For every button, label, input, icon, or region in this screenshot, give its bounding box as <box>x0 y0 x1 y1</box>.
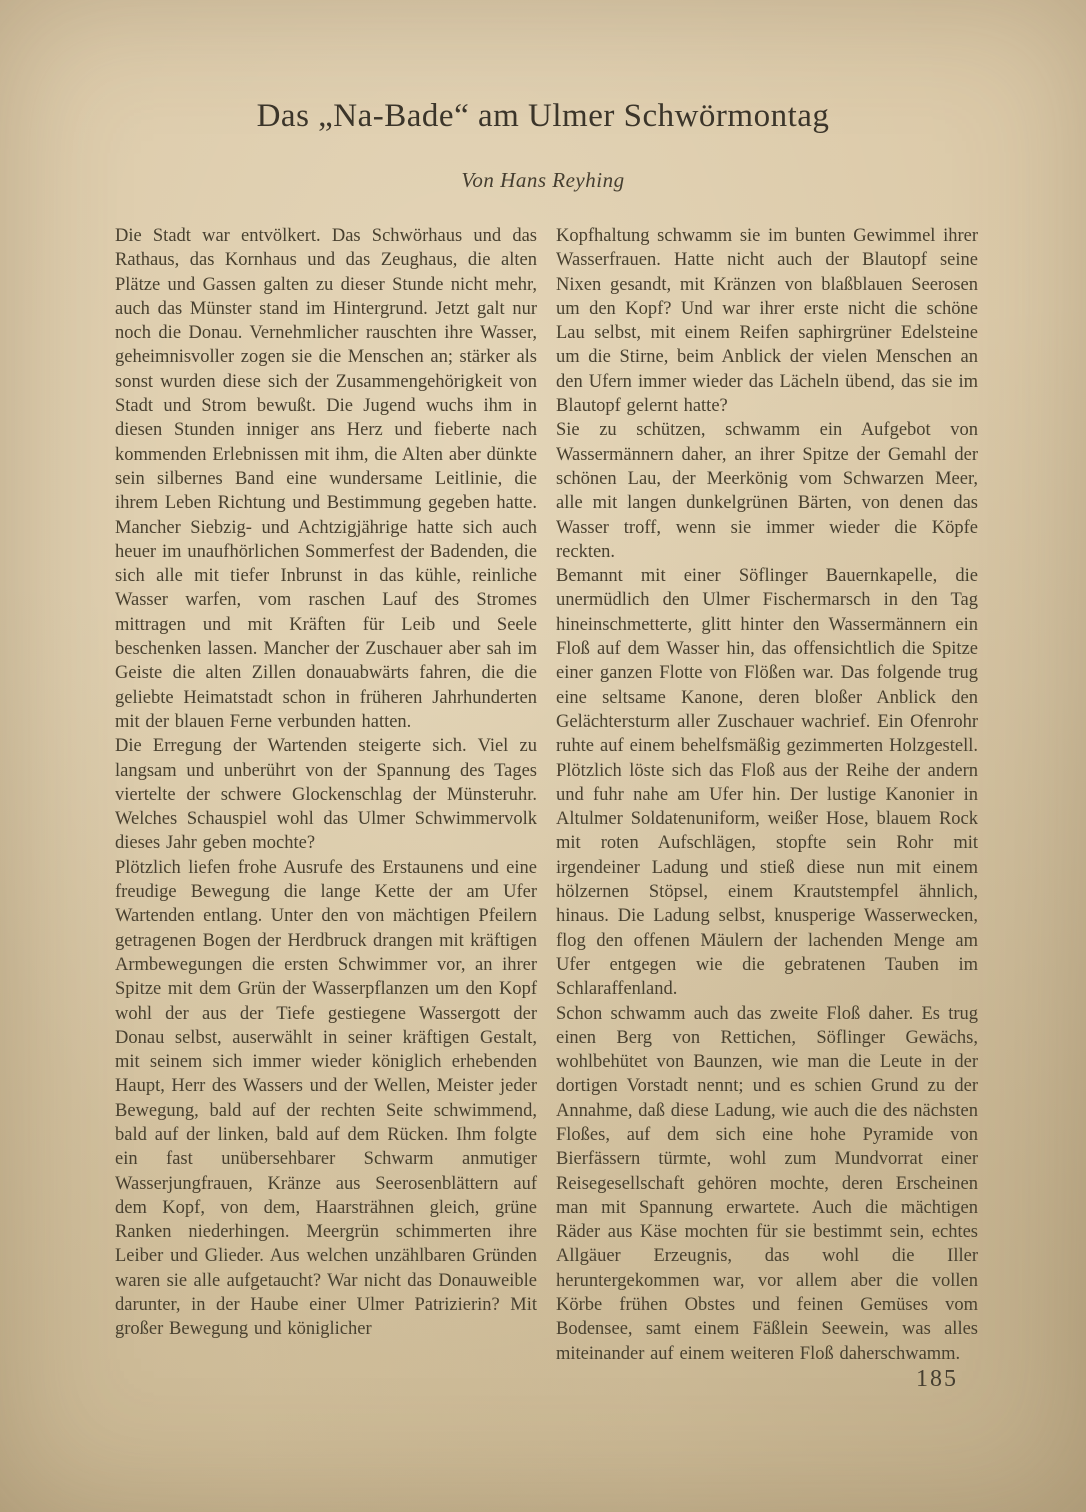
right-column: Kopfhaltung schwamm sie im bunten Gewimm… <box>556 224 978 1366</box>
paragraph: Kopfhaltung schwamm sie im bunten Gewimm… <box>556 224 978 418</box>
scanned-book-page: Das „Na-Bade“ am Ulmer Schwörmontag Von … <box>0 0 1086 1512</box>
paragraph: Die Erregung der Wartenden steigerte sic… <box>115 734 537 855</box>
article-title: Das „Na-Bade“ am Ulmer Schwörmontag <box>0 98 1086 135</box>
paragraph: Sie zu schützen, schwamm ein Aufgebot vo… <box>556 418 978 564</box>
paragraph: Bemannt mit einer Söflinger Bauernkapell… <box>556 564 978 1001</box>
article-byline: Von Hans Reyhing <box>0 168 1086 193</box>
page-number: 185 <box>916 1366 958 1393</box>
paragraph: Schon schwamm auch das zweite Floß daher… <box>556 1002 978 1366</box>
paragraph: Plötzlich liefen frohe Ausrufe des Ersta… <box>115 856 537 1342</box>
paragraph: Die Stadt war entvölkert. Das Schwörhaus… <box>115 224 537 734</box>
text-columns: Die Stadt war entvölkert. Das Schwörhaus… <box>115 224 978 1366</box>
left-column: Die Stadt war entvölkert. Das Schwörhaus… <box>115 224 537 1366</box>
